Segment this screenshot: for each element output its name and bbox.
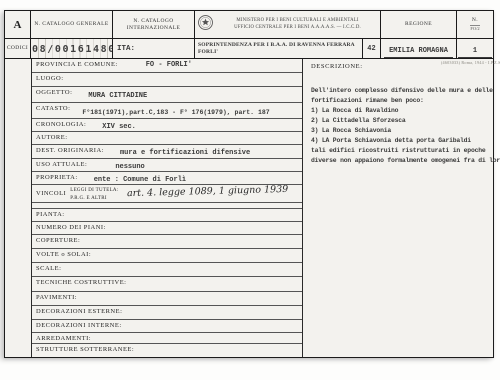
- field-label: ARREDAMENTI:: [36, 335, 91, 342]
- field-label: DECORAZIONI INTERNE:: [36, 322, 122, 329]
- field-value: ente : Comune di Forlì: [94, 176, 186, 184]
- vincoli-sublabel-prg: P.R.G. E ALTRI: [70, 195, 118, 203]
- field-decorazioni-interne: DECORAZIONI INTERNE:: [32, 320, 302, 333]
- description-line: diverse non appaiono formalmente omogene…: [311, 156, 500, 166]
- printer-imprint: (4603033) Roma, 1944 - I.P.Z.S. - 5: [441, 60, 500, 65]
- field-label: COPERTURE:: [36, 237, 80, 244]
- vincoli-sublabel-tutela: LEGGI DI TUTELA:: [70, 187, 118, 195]
- field-dest-originaria: DEST. ORIGINARIA: mura e fortificazioni …: [32, 145, 302, 159]
- field-decorazioni-esterne: DECORAZIONI ESTERNE:: [32, 306, 302, 320]
- field-catasto: CATASTO: F°181(1971),part.C,183 - F° 176…: [32, 103, 302, 119]
- field-value: mura e fortificazioni difensive: [120, 149, 250, 157]
- field-label: DEST. ORIGINARIA:: [36, 147, 104, 154]
- sheet-number: 1: [458, 47, 491, 58]
- field-oggetto: OGGETTO: MURA CITTADINE: [32, 87, 302, 103]
- italian-state-emblem-icon: [197, 14, 214, 36]
- field-numero-piani: NUMERO DEI PIANI:: [32, 222, 302, 235]
- field-label: AUTORE:: [36, 134, 68, 141]
- soprintendenza-code: 42: [367, 45, 375, 53]
- field-coperture: COPERTURE:: [32, 235, 302, 249]
- n-label: N.: [472, 17, 478, 24]
- field-proprieta: PROPRIETA: ente : Comune di Forlì: [32, 172, 302, 185]
- header-row-1: A N. CATALOGO GENERALE N. CATALOGO INTER…: [5, 11, 493, 39]
- sheet-number-cell: 1: [457, 39, 493, 58]
- vincoli-handwritten-value: art. 4. legge 1089, 1 giugno 1939: [126, 185, 287, 199]
- n-header: N. FO/2: [457, 11, 493, 38]
- catalogo-internazionale-label: N. CATALOGO INTERNAZIONALE: [113, 18, 194, 31]
- field-label: VOLTE o SOLAI:: [36, 251, 91, 258]
- field-uso-attuale: USO ATTUALE: nessuno: [32, 159, 302, 172]
- field-arredamenti: ARREDAMENTI:: [32, 333, 302, 344]
- description-column: (4603033) Roma, 1944 - I.P.Z.S. - 5 DESC…: [303, 59, 500, 357]
- soprintendenza-name: SOPRINTENDENZA PER I B.A.A. DI RAVENNA F…: [198, 42, 355, 56]
- field-autore: AUTORE:: [32, 132, 302, 145]
- field-label: OGGETTO:: [36, 89, 72, 96]
- catalogo-generale-number: 08/00161480: [32, 39, 112, 58]
- ita-cell: ITA:: [113, 39, 195, 58]
- field-label: NUMERO DEI PIANI:: [36, 224, 106, 231]
- field-strutture-sotterranee: STRUTTURE SOTTERRANEE:: [32, 344, 302, 357]
- description-line: fortificazioni rimane ben poco:: [311, 96, 500, 106]
- soprintendenza-line2: FORLI': [198, 49, 218, 55]
- soprintendenza-cell: SOPRINTENDENZA PER I B.A.A. DI RAVENNA F…: [195, 39, 363, 58]
- field-vincoli: VINCOLI LEGGI DI TUTELA: P.R.G. E ALTRI …: [32, 185, 302, 203]
- field-label: PROPRIETA:: [36, 174, 78, 181]
- ministero-line1: MINISTERO PER I BENI CULTURALI E AMBIENT…: [236, 18, 358, 23]
- field-provincia-comune: PROVINCIA E COMUNE: FO - FORLI': [32, 59, 302, 73]
- field-label: SCALE:: [36, 265, 61, 272]
- field-value: MURA CITTADINE: [88, 92, 147, 100]
- catalogo-generale-number-cell: 08/00161480: [31, 39, 113, 58]
- field-label: CATASTO:: [36, 105, 70, 112]
- field-label: TECNICHE COSTRUTTIVE:: [36, 279, 126, 286]
- regione-value-cell: EMILIA ROMAGNA: [381, 39, 457, 58]
- field-label: PIANTA:: [36, 211, 65, 218]
- field-label: PROVINCIA E COMUNE:: [36, 61, 118, 68]
- vincoli-label: VINCOLI: [36, 190, 66, 197]
- description-line: 4) LA Porta Schiavonia detta porta Garib…: [311, 136, 500, 146]
- description-text: Dell'intero complesso difensivo delle mu…: [311, 86, 500, 166]
- field-value: FO - FORLI': [146, 61, 192, 69]
- catalogo-internazionale-header: N. CATALOGO INTERNAZIONALE: [113, 11, 195, 38]
- regione-header: REGIONE: [381, 11, 457, 38]
- regione-value: EMILIA ROMAGNA: [384, 47, 453, 58]
- soprintendenza-code-cell: 42: [363, 39, 381, 58]
- catalogo-generale-label: N. CATALOGO GENERALE: [34, 21, 108, 28]
- field-value: XIV sec.: [102, 123, 136, 131]
- ita-label: ITA:: [117, 45, 135, 53]
- field-label: LUOGO:: [36, 75, 64, 82]
- field-value: nessuno: [115, 163, 144, 171]
- ministero-title: MINISTERO PER I BENI CULTURALI E AMBIENT…: [217, 18, 378, 30]
- soprintendenza-line1: SOPRINTENDENZA PER I B.A.A. DI RAVENNA F…: [198, 42, 355, 48]
- field-volte-solai: VOLTE o SOLAI:: [32, 249, 302, 263]
- description-line: 2) La Cittadella Sforzesca: [311, 116, 500, 126]
- catalog-form-page: A N. CATALOGO GENERALE N. CATALOGO INTER…: [4, 10, 494, 358]
- n-value: FO/2: [470, 25, 479, 32]
- field-label: STRUTTURE SOTTERRANEE:: [36, 346, 134, 353]
- field-pianta: PIANTA:: [32, 209, 302, 222]
- regione-label: REGIONE: [405, 21, 432, 28]
- field-label: CRONOLOGIA:: [36, 121, 86, 128]
- form-type-letter: A: [5, 11, 31, 38]
- ministero-line2: UFFICIO CENTRALE PER I BENI A.A.A.A.S. —…: [234, 25, 361, 30]
- field-label: DECORAZIONI ESTERNE:: [36, 308, 122, 315]
- field-label: PAVIMENTI:: [36, 294, 77, 301]
- field-tecniche-costruttive: TECNICHE COSTRUTTIVE:: [32, 277, 302, 292]
- field-luogo: LUOGO:: [32, 73, 302, 87]
- field-label: USO ATTUALE:: [36, 161, 87, 168]
- description-line: tali edifici ricostruiti ristrutturati i…: [311, 146, 500, 156]
- codici-cell: CODICI: [5, 39, 31, 58]
- description-line: Dell'intero complesso difensivo delle mu…: [311, 86, 500, 96]
- field-scale: SCALE:: [32, 263, 302, 277]
- field-pavimenti: PAVIMENTI:: [32, 292, 302, 306]
- field-cronologia: CRONOLOGIA: XIV sec.: [32, 119, 302, 132]
- fields-column: PROVINCIA E COMUNE: FO - FORLI' LUOGO: O…: [31, 59, 303, 357]
- description-line: 3) La Rocca Schiavonia: [311, 126, 500, 136]
- header-row-2: CODICI 08/00161480 ITA: SOPRINTENDENZA P…: [5, 39, 493, 59]
- field-value: F°181(1971),part.C,183 - F° 176(1979), p…: [82, 109, 269, 116]
- vincoli-sublabels: LEGGI DI TUTELA: P.R.G. E ALTRI: [70, 187, 118, 202]
- description-line: 1) La Rocca di Ravaldino: [311, 106, 500, 116]
- ministero-header: MINISTERO PER I BENI CULTURALI E AMBIENT…: [195, 11, 381, 38]
- left-margin: [5, 59, 31, 357]
- form-body: PROVINCIA E COMUNE: FO - FORLI' LUOGO: O…: [5, 59, 493, 357]
- catalogo-generale-header: N. CATALOGO GENERALE: [31, 11, 113, 38]
- codici-label: CODICI: [7, 45, 28, 52]
